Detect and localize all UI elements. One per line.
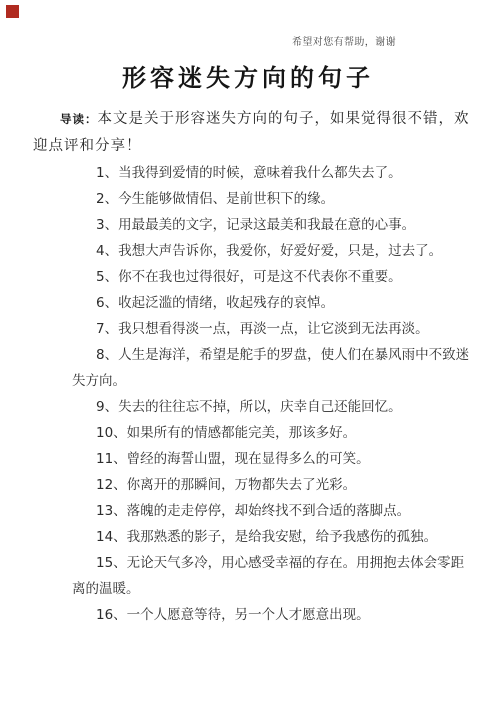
list-item: 9、失去的往往忘不掉，所以，庆幸自己还能回忆。 — [72, 394, 470, 420]
list-item: 14、我那熟悉的影子，是给我安慰，给予我感伤的孤独。 — [72, 524, 470, 550]
list-item: 10、如果所有的情感都能完美，那该多好。 — [72, 420, 470, 446]
list-item: 11、曾经的海誓山盟，现在显得多么的可笑。 — [72, 446, 470, 472]
list-item: 5、你不在我也过得很好，可是这不代表你不重要。 — [72, 264, 470, 290]
list-item: 8、人生是海洋，希望是舵手的罗盘，使人们在暴风雨中不致迷失方向。 — [72, 342, 470, 394]
list-item: 1、当我得到爱情的时候，意味着我什么都失去了。 — [72, 160, 470, 186]
intro-paragraph: 导读：本文是关于形容迷失方向的句子，如果觉得很不错，欢迎点评和分享！ — [33, 106, 471, 160]
page-title: 形容迷失方向的句子 — [0, 64, 496, 92]
sentence-list: 1、当我得到爱情的时候，意味着我什么都失去了。 2、今生能够做情侣、是前世积下的… — [72, 160, 470, 628]
list-item: 7、我只想看得淡一点，再淡一点，让它淡到无法再淡。 — [72, 316, 470, 342]
header-note: 希望对您有帮助，谢谢 — [292, 33, 396, 48]
list-item: 15、无论天气多冷，用心感受幸福的存在。用拥抱去体会零距离的温暖。 — [72, 550, 470, 602]
list-item: 3、用最最美的文字，记录这最美和我最在意的心事。 — [72, 212, 470, 238]
list-item: 6、收起泛滥的情绪，收起残存的哀悼。 — [72, 290, 470, 316]
corner-red-square-mark — [6, 5, 19, 18]
list-item: 2、今生能够做情侣、是前世积下的缘。 — [72, 186, 470, 212]
list-item: 12、你离开的那瞬间，万物都失去了光彩。 — [72, 472, 470, 498]
list-item: 16、一个人愿意等待，另一个人才愿意出现。 — [72, 602, 470, 628]
list-item: 4、我想大声告诉你，我爱你，好爱好爱，只是，过去了。 — [72, 238, 470, 264]
document-page: 希望对您有帮助，谢谢 形容迷失方向的句子 导读：本文是关于形容迷失方向的句子，如… — [0, 0, 496, 702]
intro-text: 本文是关于形容迷失方向的句子，如果觉得很不错，欢迎点评和分享！ — [33, 111, 470, 154]
intro-label: 导读： — [60, 112, 98, 126]
list-item: 13、落魄的走走停停，却始终找不到合适的落脚点。 — [72, 498, 470, 524]
